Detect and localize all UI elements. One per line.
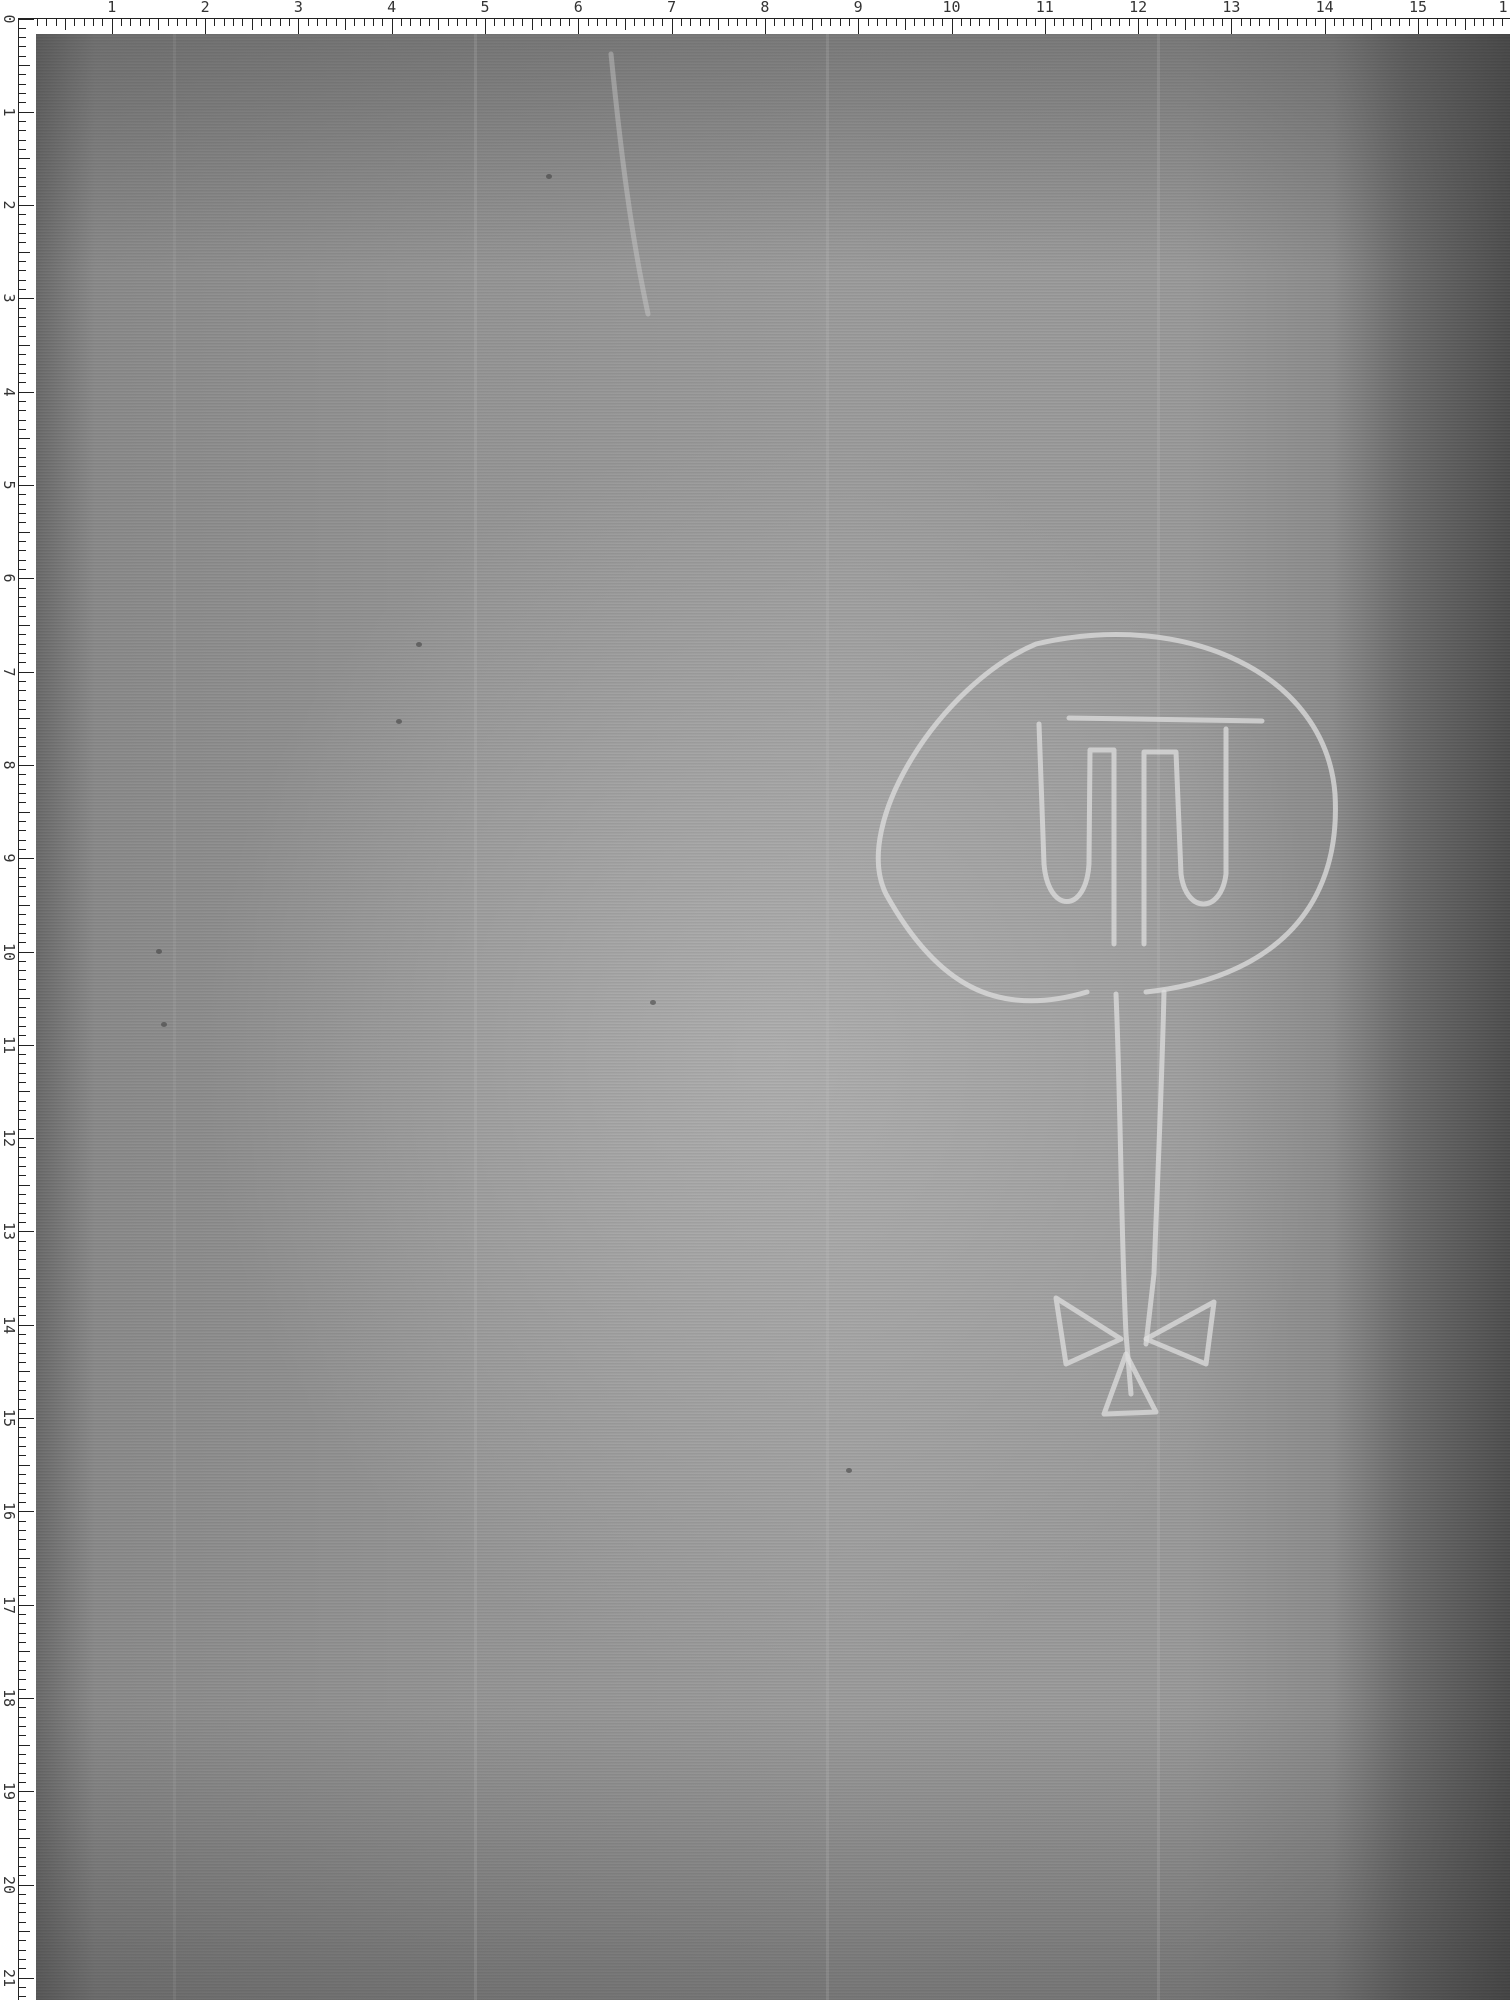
ruler-tick — [1213, 18, 1214, 26]
ruler-tick — [18, 1735, 26, 1736]
ruler-label: 13 — [1222, 0, 1240, 15]
ruler-tick — [18, 1194, 26, 1195]
ruler-tick — [18, 364, 26, 365]
ruler-tick — [18, 1875, 26, 1876]
ruler-tick — [784, 18, 785, 26]
ruler-tick — [709, 18, 710, 26]
ruler-tick — [821, 18, 822, 26]
ruler-tick — [905, 18, 906, 30]
ruler-tick — [728, 18, 729, 26]
ruler-tick — [326, 18, 327, 26]
ruler-tick — [532, 18, 533, 30]
ruler-tick — [18, 979, 26, 980]
ruler-tick — [18, 718, 30, 719]
ruler-label: 14 — [1316, 0, 1334, 15]
ruler-tick — [18, 1661, 26, 1662]
ruler-tick — [1110, 18, 1111, 26]
ruler-tick — [644, 18, 645, 26]
ruler-tick — [18, 588, 26, 589]
ruler-tick — [18, 821, 26, 822]
ruler-tick — [952, 18, 953, 34]
ruler-tick — [18, 532, 30, 533]
ruler-top: 01234567891011121314151 — [0, 0, 1510, 34]
ruler-tick — [1297, 18, 1298, 26]
ruler-tick — [112, 18, 113, 34]
ruler-tick — [1446, 18, 1447, 26]
ruler-tick — [840, 18, 841, 26]
ruler-tick — [1493, 18, 1494, 26]
ruler-tick — [18, 233, 26, 234]
ruler-tick — [18, 158, 30, 159]
ruler-tick — [18, 868, 26, 869]
ruler-tick — [625, 18, 626, 30]
ruler-tick — [373, 18, 374, 26]
ruler-tick — [18, 1129, 26, 1130]
ruler-tick — [18, 1959, 26, 1960]
ruler-tick — [18, 812, 30, 813]
ruler-tick — [18, 1278, 30, 1279]
ruler-tick — [877, 18, 878, 26]
ruler-tick — [18, 933, 26, 934]
ruler-tick — [392, 18, 393, 34]
ruler-tick — [18, 1334, 26, 1335]
ruler-tick — [56, 18, 57, 26]
ruler-label: 6 — [1, 574, 16, 583]
ruler-tick — [18, 1950, 26, 1951]
ruler-tick — [1063, 18, 1064, 26]
ruler-tick — [1054, 18, 1055, 26]
ruler-tick — [233, 18, 234, 26]
ruler-tick — [18, 952, 34, 953]
ruler-tick — [700, 18, 701, 26]
ruler-tick — [18, 1250, 26, 1251]
ruler-tick — [18, 569, 26, 570]
ruler-tick — [18, 1623, 26, 1624]
ruler-tick — [18, 261, 26, 262]
ruler-tick — [354, 18, 355, 26]
ruler-tick — [18, 401, 26, 402]
ruler-tick — [1465, 18, 1466, 30]
ruler-label: 21 — [1, 1969, 16, 1987]
ruler-tick — [830, 18, 831, 26]
ruler-tick — [774, 18, 775, 26]
ruler-tick — [1250, 18, 1251, 26]
ruler-tick — [1017, 18, 1018, 26]
ruler-tick — [18, 186, 26, 187]
ruler-tick — [18, 1978, 34, 1979]
ruler-tick — [18, 1007, 26, 1008]
ruler-tick — [1399, 18, 1400, 26]
ruler-tick — [18, 1409, 26, 1410]
ruler-tick — [569, 18, 570, 26]
ruler-tick — [18, 1857, 26, 1858]
ruler-tick — [18, 270, 26, 271]
ruler-tick — [18, 336, 26, 337]
ruler-tick — [18, 662, 26, 663]
ruler-tick — [18, 1586, 26, 1587]
ruler-tick — [18, 354, 26, 355]
ruler-label: 12 — [1, 1129, 16, 1147]
ruler-tick — [18, 28, 26, 29]
ruler-tick — [18, 1558, 30, 1559]
ruler-tick — [289, 18, 290, 26]
ruler-tick — [280, 18, 281, 26]
watermark-trident-in-circle — [36, 34, 1510, 2000]
ruler-tick — [1437, 18, 1438, 26]
ruler-tick — [18, 1082, 26, 1083]
ruler-tick — [18, 830, 26, 831]
ruler-tick — [345, 18, 346, 30]
ruler-tick — [18, 1269, 26, 1270]
ruler-tick — [1026, 18, 1027, 26]
ruler-tick — [1194, 18, 1195, 26]
ruler-tick — [18, 1791, 34, 1792]
ruler-tick — [18, 1455, 26, 1456]
ruler-tick — [18, 924, 26, 925]
ruler-tick — [18, 1605, 34, 1606]
ruler-tick — [18, 345, 30, 346]
ruler-tick — [18, 1987, 26, 1988]
ruler-tick — [18, 1054, 26, 1055]
ruler-tick — [681, 18, 682, 26]
ruler-tick — [1418, 18, 1419, 34]
ruler-tick — [18, 746, 26, 747]
ruler-tick — [336, 18, 337, 26]
ruler-tick — [1343, 18, 1344, 26]
ruler-tick — [382, 18, 383, 26]
ruler-label: 13 — [1, 1222, 16, 1240]
ruler-tick — [18, 205, 34, 206]
ruler-label: 5 — [1, 480, 16, 489]
ruler-tick — [18, 1315, 26, 1316]
ruler-tick — [18, 1362, 26, 1363]
ruler-label: 1 — [1498, 0, 1507, 15]
ruler-tick — [18, 317, 26, 318]
ruler-tick — [214, 18, 215, 26]
ruler-tick — [18, 709, 26, 710]
ruler-tick — [18, 1119, 26, 1120]
ruler-tick — [18, 1399, 26, 1400]
ruler-tick — [550, 18, 551, 26]
ruler-tick — [18, 1166, 26, 1167]
ruler-tick — [970, 18, 971, 26]
ruler-tick — [979, 18, 980, 26]
ruler-tick — [1203, 18, 1204, 26]
ruler-tick — [18, 634, 26, 635]
ruler-label: 4 — [387, 0, 396, 15]
ruler-tick — [1278, 18, 1279, 30]
ruler-tick — [18, 1745, 30, 1746]
ruler-tick — [18, 46, 26, 47]
ruler-tick — [140, 18, 141, 26]
ruler-tick — [1455, 18, 1456, 26]
ruler-tick — [18, 513, 26, 514]
ruler-tick — [1362, 18, 1363, 26]
ruler-tick — [46, 18, 47, 26]
ruler-tick — [18, 420, 26, 421]
ruler-tick — [18, 1567, 26, 1568]
ruler-tick — [18, 1829, 26, 1830]
ruler-tick — [961, 18, 962, 26]
ruler-tick — [18, 1213, 26, 1214]
ruler-tick — [18, 37, 26, 38]
ruler-tick — [74, 18, 75, 26]
ruler-tick — [18, 1493, 26, 1494]
ruler-tick — [18, 410, 26, 411]
ruler-tick — [18, 1577, 26, 1578]
ruler-tick — [242, 18, 243, 26]
ruler-tick — [130, 18, 131, 26]
ruler-tick — [18, 653, 26, 654]
ruler-tick — [1474, 18, 1475, 26]
ruler-tick — [18, 1707, 26, 1708]
ruler-tick — [18, 382, 26, 383]
ruler-tick — [1073, 18, 1074, 26]
ruler-tick — [18, 1381, 26, 1382]
ruler-tick — [672, 18, 673, 34]
ruler-tick — [1129, 18, 1130, 26]
ruler-tick — [448, 18, 449, 26]
ruler-tick — [18, 1427, 26, 1428]
ruler-tick — [1091, 18, 1092, 30]
ruler-tick — [168, 18, 169, 26]
ruler-top-baseline — [18, 18, 1510, 19]
ruler-tick — [476, 18, 477, 26]
ruler-tick — [634, 18, 635, 26]
ruler-tick — [18, 1931, 30, 1932]
ruler-tick — [18, 644, 26, 645]
ruler-tick — [18, 690, 26, 691]
ruler-tick — [606, 18, 607, 26]
ruler-tick — [1353, 18, 1354, 26]
ruler-tick — [18, 1157, 26, 1158]
ruler-tick — [18, 1474, 26, 1475]
ruler-label: 11 — [1036, 0, 1054, 15]
ruler-label: 15 — [1409, 0, 1427, 15]
ruler-label: 16 — [1, 1502, 16, 1520]
ruler-tick — [18, 728, 26, 729]
ruler-tick — [18, 858, 34, 859]
ruler-tick — [18, 700, 26, 701]
ruler-tick — [18, 905, 30, 906]
ruler-tick — [18, 914, 26, 915]
ruler-label: 10 — [942, 0, 960, 15]
ruler-tick — [18, 1325, 34, 1326]
ruler-label: 8 — [1, 760, 16, 769]
ruler-tick — [18, 130, 26, 131]
ruler-tick — [597, 18, 598, 26]
ruler-tick — [18, 168, 26, 169]
ruler-tick — [18, 429, 26, 430]
ruler-tick — [18, 112, 34, 113]
ruler-tick — [18, 1026, 26, 1027]
ruler-tick — [18, 1511, 34, 1512]
ruler-tick — [18, 1371, 30, 1372]
ruler-tick — [18, 1539, 26, 1540]
ruler-left-baseline — [18, 18, 19, 2000]
ruler-label: 11 — [1, 1036, 16, 1054]
ruler-tick — [18, 1446, 26, 1447]
ruler-tick — [18, 438, 30, 439]
ruler-tick — [858, 18, 859, 34]
ruler-tick — [102, 18, 103, 26]
ruler-tick — [18, 1418, 34, 1419]
ruler-tick — [18, 1259, 26, 1260]
ruler-label: 17 — [1, 1596, 16, 1614]
ruler-label: 14 — [1, 1316, 16, 1334]
ruler-tick — [513, 18, 514, 26]
ruler-tick — [18, 326, 26, 327]
ruler-tick — [18, 774, 26, 775]
ruler-tick — [1409, 18, 1410, 26]
ruler-label: 2 — [1, 201, 16, 210]
ruler-tick — [504, 18, 505, 26]
ruler-tick — [18, 998, 30, 999]
ruler-label: 3 — [1, 294, 16, 303]
ruler-tick — [18, 214, 26, 215]
ruler-tick — [18, 961, 26, 962]
ruler-tick — [18, 737, 26, 738]
ruler-tick — [18, 1483, 26, 1484]
ruler-tick — [18, 1306, 26, 1307]
ruler-tick — [401, 18, 402, 26]
ruler-tick — [1007, 18, 1008, 26]
ruler-label: 18 — [1, 1689, 16, 1707]
ruler-tick — [18, 308, 26, 309]
ruler-label: 7 — [1, 667, 16, 676]
ruler-tick — [1502, 18, 1503, 26]
ruler-tick — [18, 1091, 30, 1092]
ruler-tick — [466, 18, 467, 26]
ruler-tick — [1241, 18, 1242, 26]
ruler-tick — [18, 1073, 26, 1074]
ruler-label: 9 — [854, 0, 863, 15]
ruler-tick — [1287, 18, 1288, 26]
ruler-tick — [18, 1521, 26, 1522]
ruler-tick — [18, 1968, 26, 1969]
ruler-tick — [18, 1912, 26, 1913]
ruler-tick — [18, 252, 30, 253]
ruler-tick — [588, 18, 589, 26]
ruler-label: 10 — [1, 942, 16, 960]
ruler-tick — [18, 1726, 26, 1727]
ruler-tick — [18, 1175, 26, 1176]
ruler-tick — [18, 1866, 26, 1867]
ruler-tick — [18, 625, 30, 626]
ruler-label: 5 — [480, 0, 489, 15]
ruler-tick — [737, 18, 738, 26]
ruler-tick — [18, 1465, 30, 1466]
ruler-tick — [18, 1922, 26, 1923]
ruler-tick — [18, 1651, 30, 1652]
ruler-tick — [578, 18, 579, 34]
ruler-label: 8 — [760, 0, 769, 15]
ruler-tick — [1381, 18, 1382, 26]
ruler-tick — [18, 476, 26, 477]
ruler-tick — [18, 224, 26, 225]
ruler-tick — [18, 1642, 26, 1643]
ruler-tick — [18, 1147, 26, 1148]
ruler-tick — [18, 877, 26, 878]
ruler-tick — [18, 121, 26, 122]
paper-scan — [36, 34, 1510, 2000]
ruler-tick — [205, 18, 206, 34]
ruler-tick — [18, 242, 26, 243]
ruler-tick — [494, 18, 495, 26]
ruler-tick — [1175, 18, 1176, 26]
ruler-tick — [18, 1203, 26, 1204]
ruler-tick — [18, 56, 26, 57]
ruler-tick — [18, 1222, 26, 1223]
ruler-tick — [18, 1185, 30, 1186]
ruler-tick — [18, 784, 26, 785]
ruler-tick — [1101, 18, 1102, 26]
ruler-label: 9 — [1, 854, 16, 863]
ruler-tick — [756, 18, 757, 26]
ruler-tick — [18, 541, 26, 542]
ruler-tick — [849, 18, 850, 26]
ruler-tick — [18, 448, 26, 449]
ruler-tick — [18, 1390, 26, 1391]
ruler-tick — [18, 74, 26, 75]
ruler-tick — [868, 18, 869, 26]
ruler-tick — [93, 18, 94, 26]
ruler-tick — [18, 298, 34, 299]
ruler-tick — [438, 18, 439, 30]
ruler-tick — [18, 1110, 26, 1111]
ruler-tick — [18, 616, 26, 617]
ruler-label: 15 — [1, 1409, 16, 1427]
ruler-tick — [18, 149, 26, 150]
ruler-tick — [18, 84, 26, 85]
ruler-tick — [18, 942, 26, 943]
ruler-tick — [18, 289, 26, 290]
ruler-tick — [457, 18, 458, 26]
ruler-label: 19 — [1, 1782, 16, 1800]
ruler-tick — [1306, 18, 1307, 26]
ruler-tick — [18, 280, 26, 281]
ruler-tick — [765, 18, 766, 34]
ruler-tick — [18, 1614, 26, 1615]
ruler-tick — [933, 18, 934, 26]
ruler-tick — [18, 896, 26, 897]
ruler-tick — [924, 18, 925, 26]
ruler-tick — [18, 177, 26, 178]
ruler-tick — [1157, 18, 1158, 26]
ruler-tick — [1138, 18, 1139, 34]
ruler-tick — [1119, 18, 1120, 26]
ruler-tick — [18, 802, 26, 803]
ruler-tick — [998, 18, 999, 30]
ruler-tick — [914, 18, 915, 26]
ruler-label: 6 — [574, 0, 583, 15]
ruler-tick — [261, 18, 262, 26]
ruler-tick — [18, 196, 26, 197]
ruler-tick — [18, 392, 34, 393]
ruler-tick — [18, 504, 26, 505]
ruler-tick — [18, 1679, 26, 1680]
ruler-tick — [1082, 18, 1083, 26]
ruler-tick — [18, 1717, 26, 1718]
ruler-tick — [1259, 18, 1260, 26]
ruler-label: 1 — [107, 0, 116, 15]
ruler-tick — [224, 18, 225, 26]
ruler-tick — [896, 18, 897, 26]
ruler-tick — [1166, 18, 1167, 26]
ruler-tick — [18, 793, 26, 794]
ruler-tick — [18, 1698, 34, 1699]
ruler-tick — [18, 1138, 34, 1139]
